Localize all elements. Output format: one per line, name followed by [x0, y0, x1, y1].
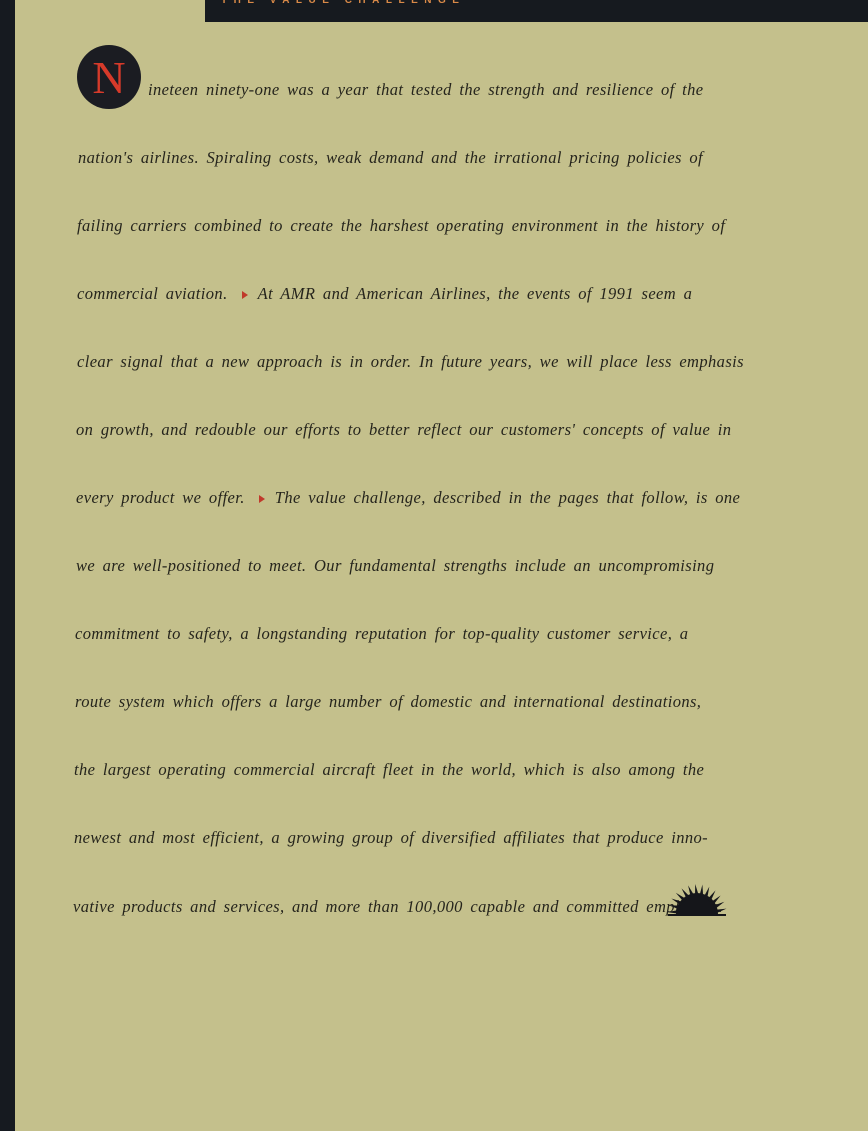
text-segment: commercial aviation. — [77, 284, 228, 303]
text-segment: ineteen ninety-one was a year that teste… — [148, 80, 703, 99]
dropcap-circle: N — [77, 45, 141, 109]
text-segment: every product we offer. — [76, 488, 245, 507]
text-line: ineteen ninety-one was a year that teste… — [148, 80, 703, 100]
text-segment: we are well-positioned to meet. Our fund… — [76, 556, 714, 575]
red-triangle-bullet-icon — [242, 291, 248, 299]
text-line: commercial aviation.At AMR and American … — [77, 284, 692, 304]
rising-sun-icon — [666, 884, 728, 918]
text-segment: route system which offers a large number… — [75, 692, 701, 711]
text-segment: nation's airlines. Spiraling costs, weak… — [78, 148, 703, 167]
text-segment: commitment to safety, a longstanding rep… — [75, 624, 688, 643]
binding-spine — [0, 0, 15, 1131]
dropcap-letter: N — [92, 55, 125, 101]
text-line: on growth, and redouble our efforts to b… — [76, 420, 731, 440]
text-segment: vative products and services, and more t… — [73, 897, 723, 916]
text-line: newest and most efficient, a growing gro… — [74, 828, 708, 848]
text-line: route system which offers a large number… — [75, 692, 701, 712]
text-segment: the largest operating commercial aircraf… — [74, 760, 704, 779]
red-triangle-bullet-icon — [259, 495, 265, 503]
text-line: we are well-positioned to meet. Our fund… — [76, 556, 714, 576]
text-line: failing carriers combined to create the … — [77, 216, 725, 236]
text-segment: The value challenge, described in the pa… — [275, 488, 740, 507]
text-line: commitment to safety, a longstanding rep… — [75, 624, 688, 644]
section-title: THE VALUE CHALLENGE — [221, 0, 465, 6]
text-line: vative products and services, and more t… — [73, 897, 723, 917]
text-segment: clear signal that a new approach is in o… — [77, 352, 744, 371]
text-segment: newest and most efficient, a growing gro… — [74, 828, 708, 847]
text-line: the largest operating commercial aircraf… — [74, 760, 704, 780]
text-line: clear signal that a new approach is in o… — [77, 352, 744, 372]
text-line: every product we offer.The value challen… — [76, 488, 740, 508]
text-segment: on growth, and redouble our efforts to b… — [76, 420, 731, 439]
text-segment: At AMR and American Airlines, the events… — [258, 284, 693, 303]
section-header-bar: THE VALUE CHALLENGE — [205, 0, 868, 22]
text-segment: failing carriers combined to create the … — [77, 216, 725, 235]
text-line: nation's airlines. Spiraling costs, weak… — [78, 148, 703, 168]
